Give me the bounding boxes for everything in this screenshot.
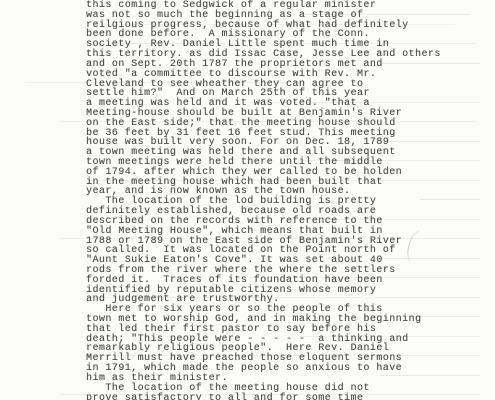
text-line: prove satisfactory to all and for some t… — [86, 394, 486, 400]
typewritten-text: this coming to Sedgwick of a regular min… — [86, 1, 486, 400]
document-page: this coming to Sedgwick of a regular min… — [0, 0, 495, 400]
